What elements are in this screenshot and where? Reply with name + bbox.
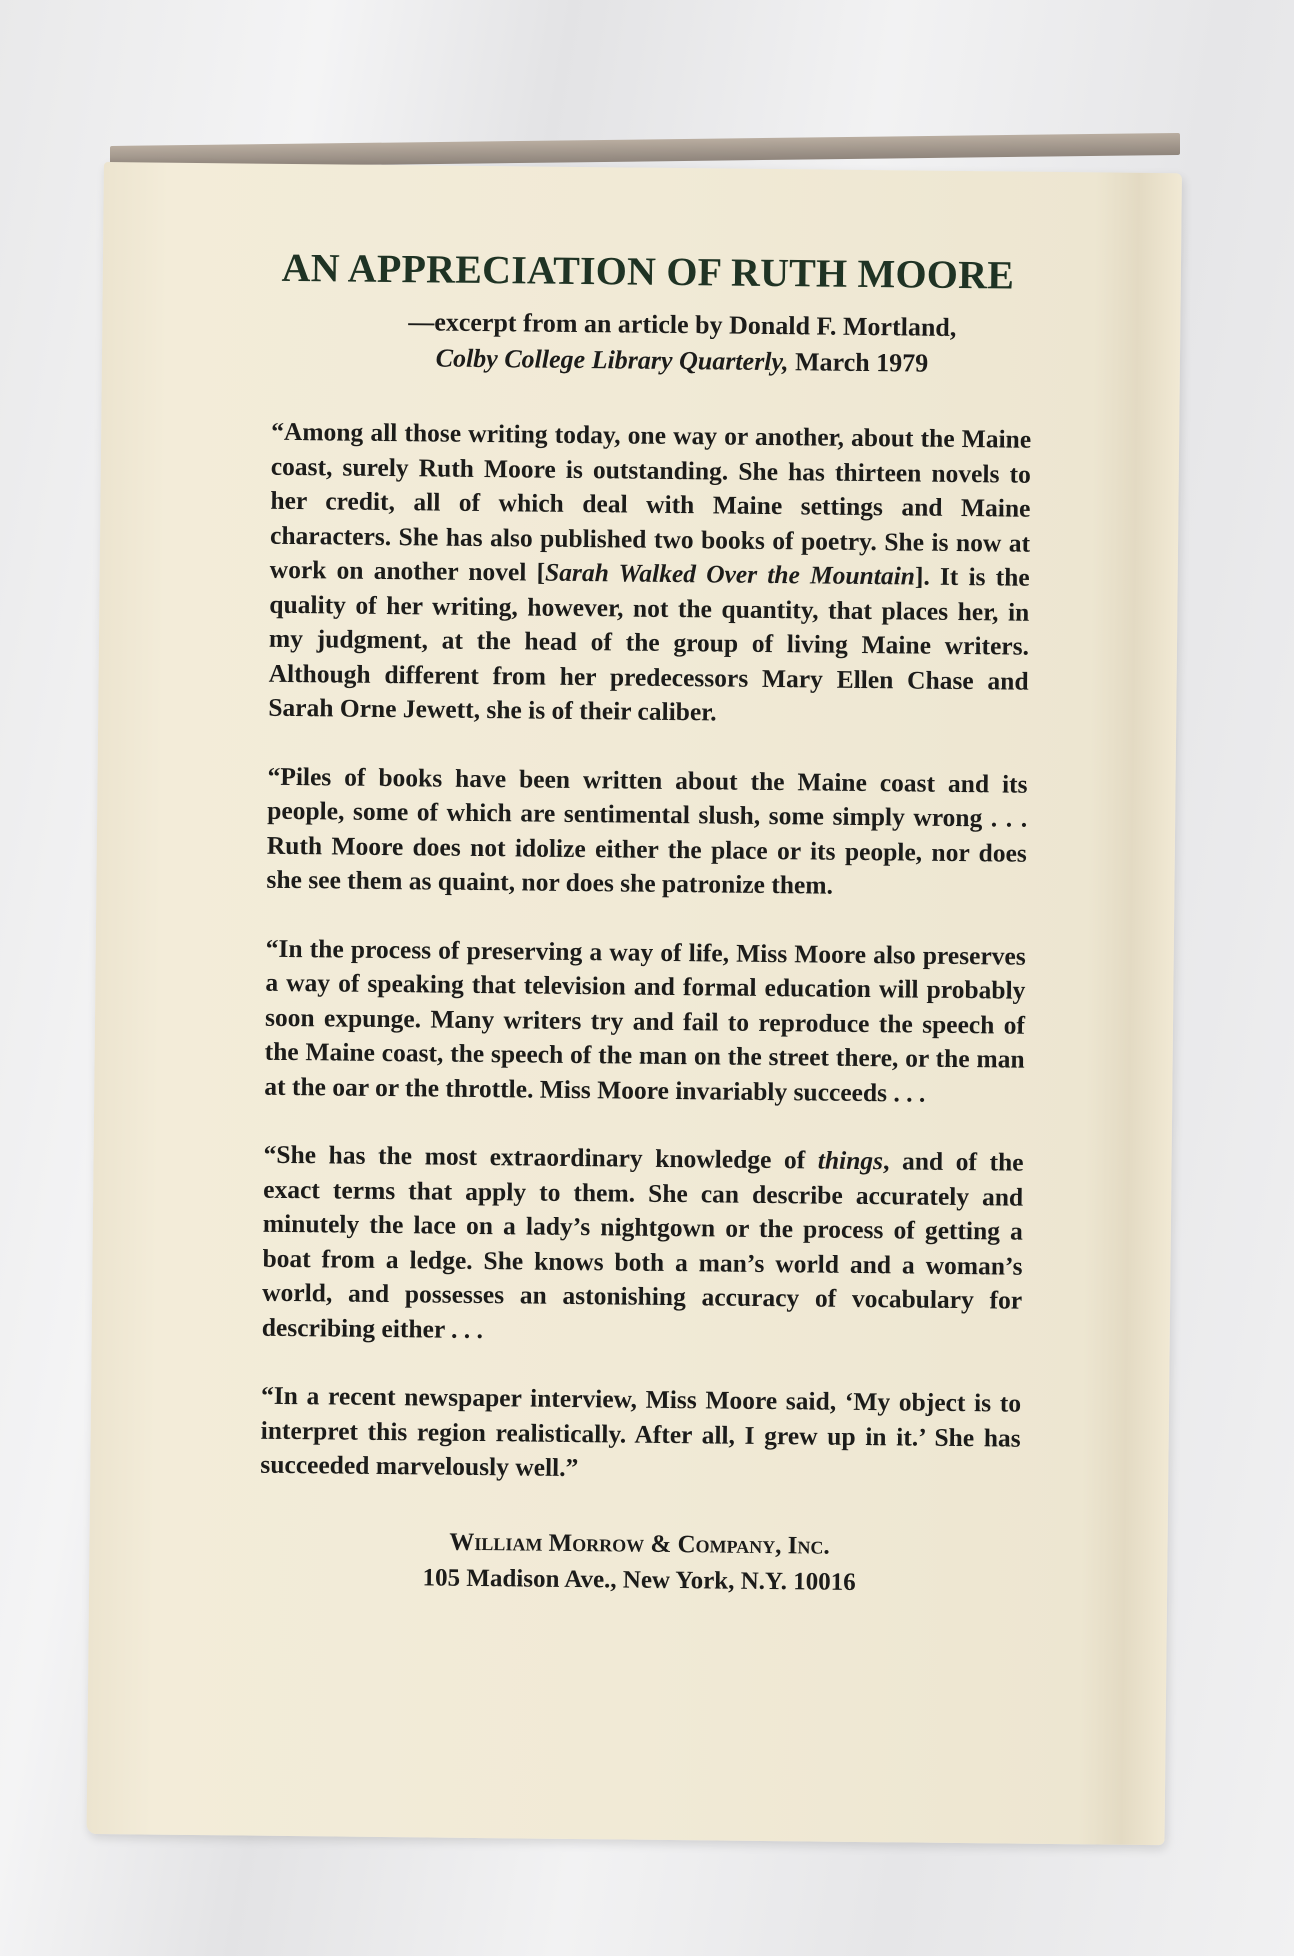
journal-name: Colby College Library Quarterly, bbox=[436, 343, 789, 376]
paragraph-text: , and of the exact terms that apply to t… bbox=[262, 1146, 1024, 1343]
quote-paragraph: “In the process of preserving a way of l… bbox=[264, 931, 1026, 1111]
paragraph-text: “She has the most extraordinary knowledg… bbox=[263, 1140, 818, 1175]
quote-paragraph: “In a recent newspaper interview, Miss M… bbox=[260, 1379, 1021, 1490]
book-back-cover: AN APPRECIATION OF RUTH MOORE —excerpt f… bbox=[86, 162, 1181, 1845]
paragraph-text: “In the process of preserving a way of l… bbox=[264, 933, 1026, 1107]
article-date: March 1979 bbox=[795, 347, 928, 377]
cover-text: AN APPRECIATION OF RUTH MOORE —excerpt f… bbox=[259, 244, 1033, 1602]
byline: —excerpt from an article by Donald F. Mo… bbox=[332, 303, 1033, 382]
quote-paragraph: “Piles of books have been written about … bbox=[266, 759, 1027, 905]
publisher-address: 105 Madison Ave., New York, N.Y. 10016 bbox=[259, 1558, 1019, 1602]
paragraph-italic: Sarah Walked Over the Mountain bbox=[545, 558, 915, 591]
publisher-block: William Morrow & Company, Inc. 105 Madis… bbox=[259, 1522, 1020, 1602]
quote-paragraph: “She has the most extraordinary knowledg… bbox=[262, 1138, 1024, 1353]
book-top-edge bbox=[110, 133, 1180, 168]
byline-source: Colby College Library Quarterly, March 1… bbox=[332, 339, 1032, 382]
quote-paragraph: “Among all those writing today, one way … bbox=[268, 415, 1031, 733]
paragraph-text: “In a recent newspaper interview, Miss M… bbox=[260, 1381, 1021, 1482]
cover-title: AN APPRECIATION OF RUTH MOORE bbox=[263, 244, 1033, 299]
paragraph-italic: things bbox=[818, 1146, 884, 1176]
paragraph-text: “Piles of books have been written about … bbox=[266, 761, 1027, 899]
